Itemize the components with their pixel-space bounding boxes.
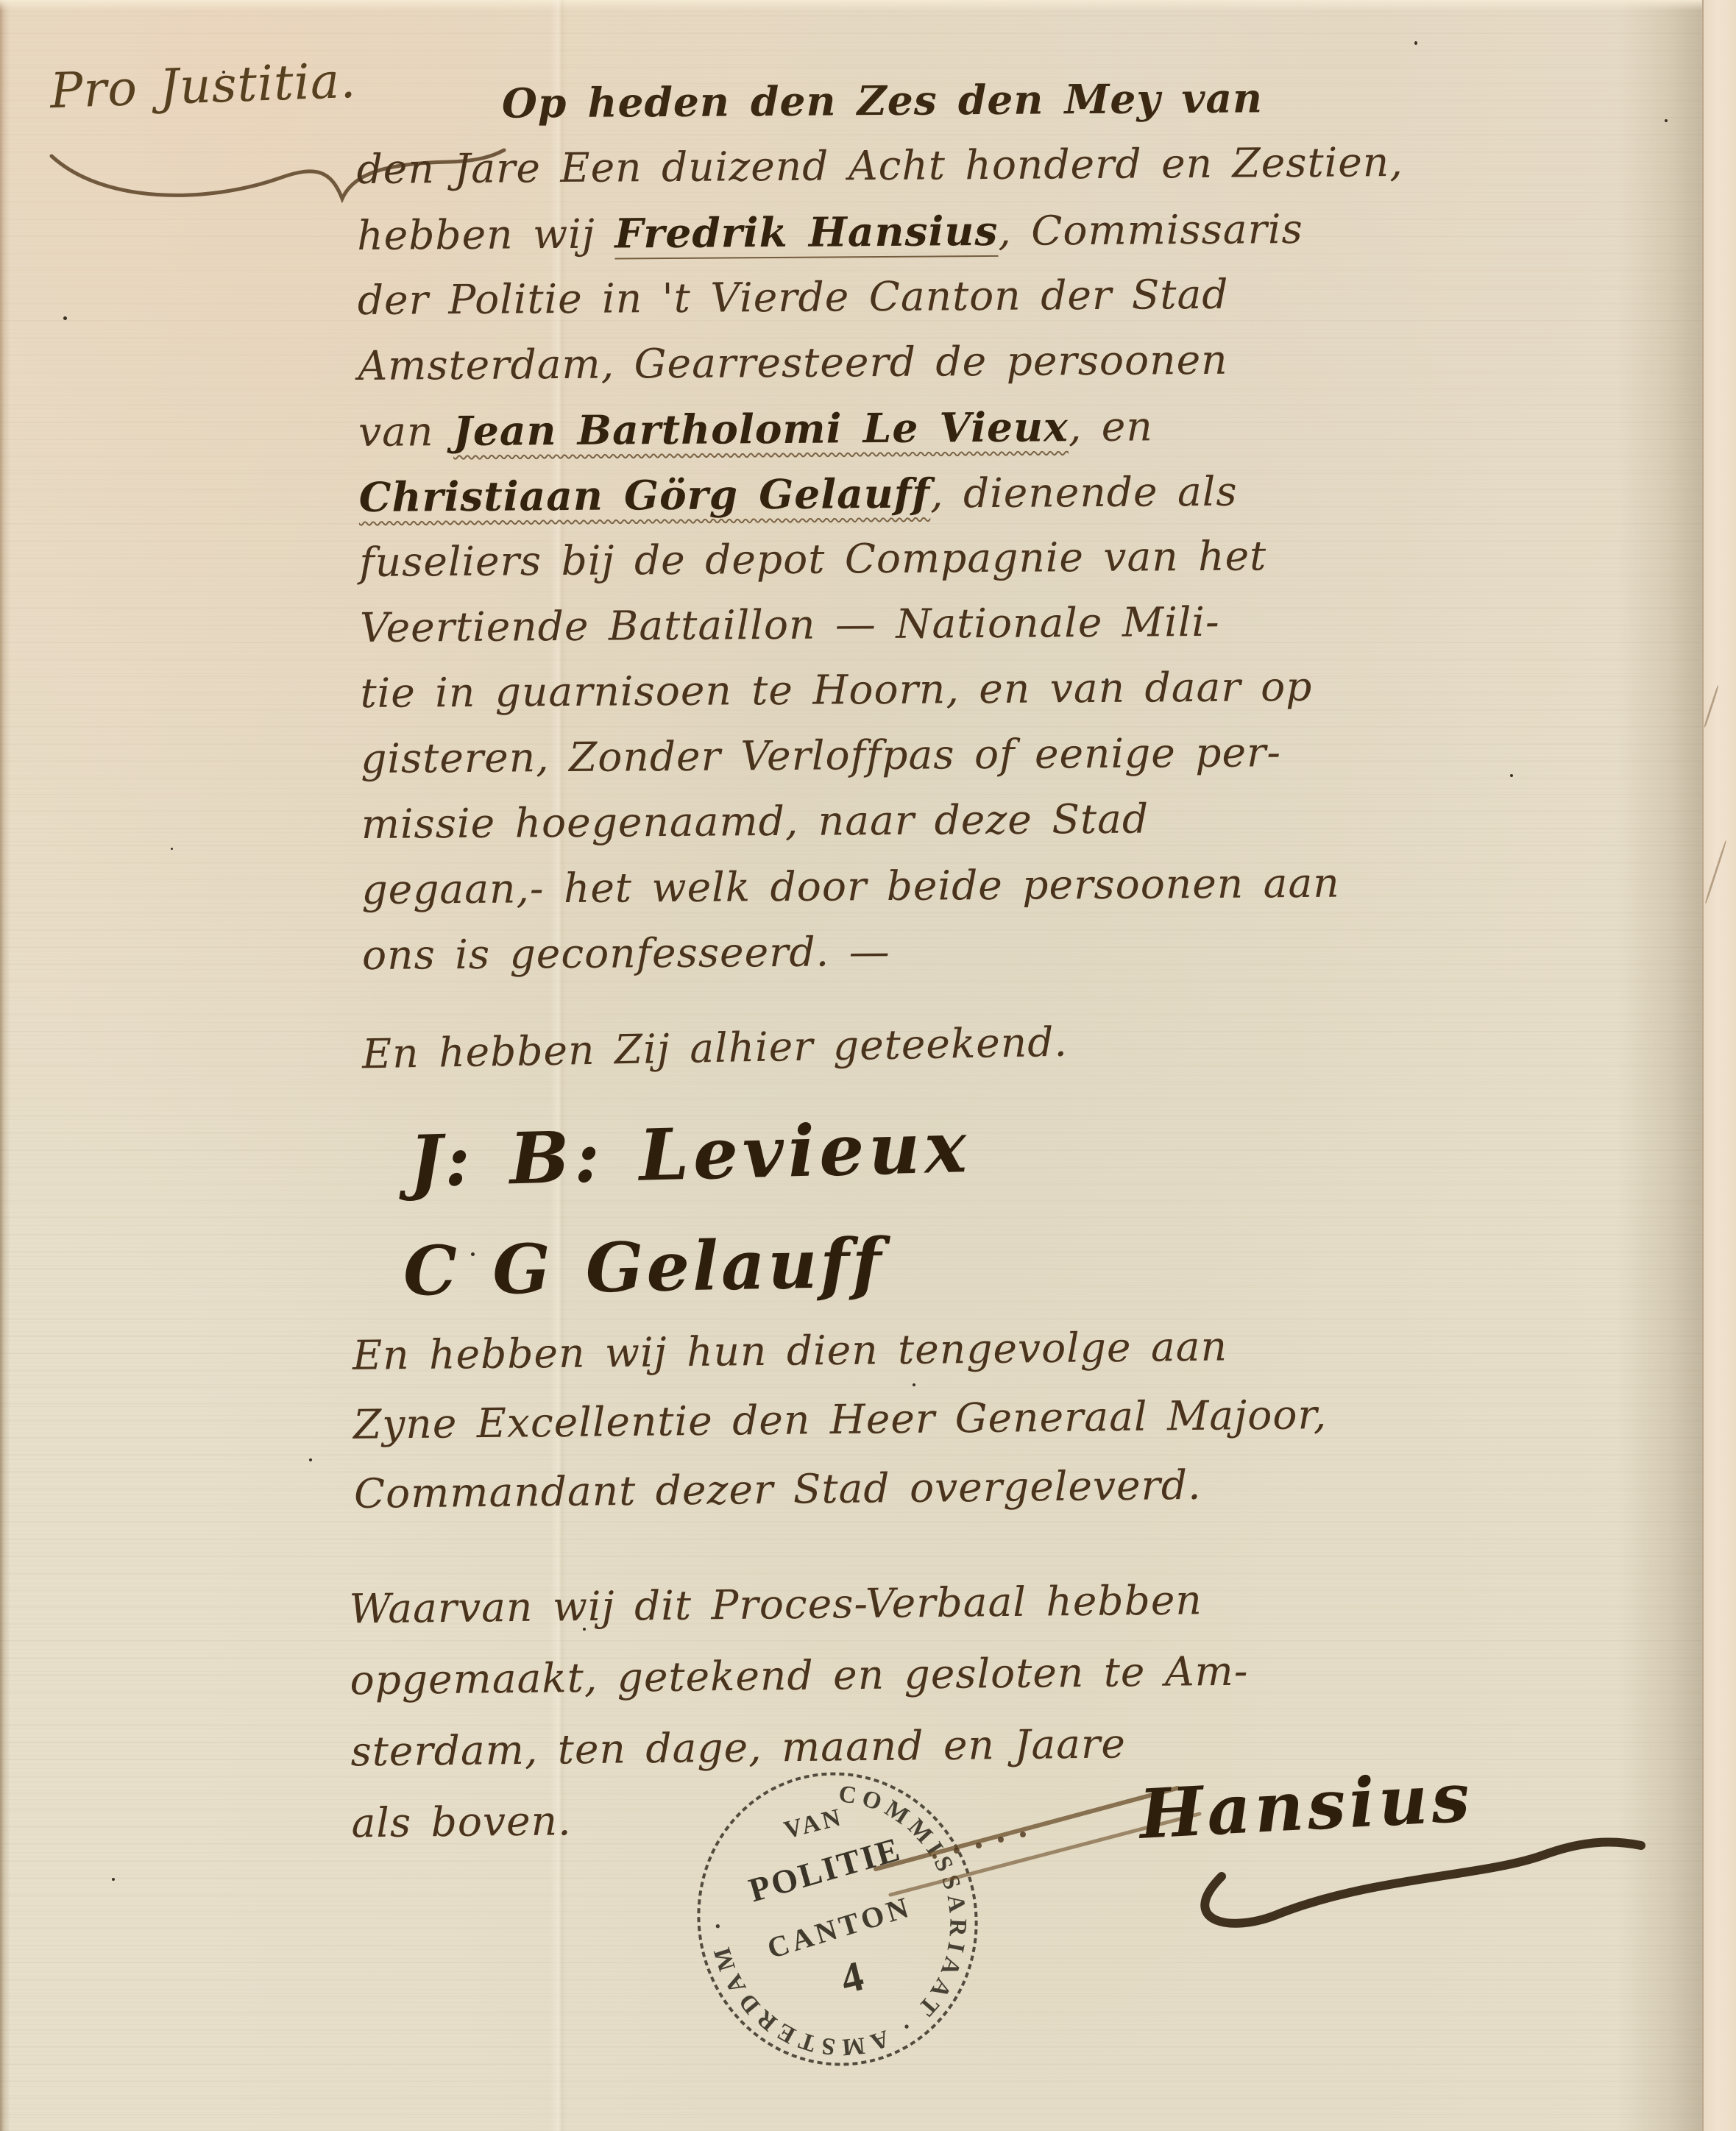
text-line: Waarvan wij dit Proces-Verbaal hebben <box>349 1564 1248 1645</box>
paper-speck <box>1105 678 1108 681</box>
text-line: der Politie in 't Vierde Canton der Stad <box>358 260 1405 333</box>
manuscript-page: Pro Justitia. Op heden den Zes den Mey v… <box>0 0 1736 2131</box>
paper-speck <box>1665 119 1668 122</box>
text-segment: , Commissaris <box>998 205 1303 255</box>
arrested-person-2-name: Christiaan Görg Gelauff <box>358 469 930 521</box>
text-line: missie hoegenaamd, naar deze Stad <box>361 784 1409 857</box>
arrested-person-1-name: Jean Bartholomi Le Vieux <box>453 403 1069 455</box>
paper-speck <box>1414 41 1417 45</box>
text-line: gisteren, Zonder Verloffpas of eenige pe… <box>361 719 1408 792</box>
text-segment: hebben wij <box>357 210 614 259</box>
text-line: gegaan,- het welk door beide persoonen a… <box>361 850 1409 923</box>
paper-speck <box>913 1383 915 1386</box>
next-page-edge <box>1702 0 1736 2131</box>
handover-paragraph: En hebben wij hun dien tengevolge aan Zy… <box>352 1311 1328 1528</box>
text-line: Zyne Excellentie den Heer Generaal Majoo… <box>353 1380 1328 1459</box>
signature-hansius: Hansius <box>1137 1757 1475 1854</box>
attestation-line: En hebben Zij alhier geteekend. <box>362 1018 1069 1078</box>
paper-speck <box>222 71 225 74</box>
signature-gelauff: C G Gelauff <box>403 1223 885 1311</box>
text-line: ons is geconfesseerd. — <box>362 915 1409 988</box>
page-title: Pro Justitia. <box>49 52 358 119</box>
text-segment: van <box>358 408 453 455</box>
text-segment: , en <box>1069 403 1153 450</box>
paper-speck <box>112 1878 115 1881</box>
text-line: opgemaakt, getekend en gesloten te Am- <box>350 1636 1249 1717</box>
text-line: hebben wij Fredrik Hansius, Commissaris <box>357 195 1404 268</box>
text-line: Commandant dezer Stad overgeleverd. <box>354 1449 1328 1528</box>
paper-speck <box>171 848 173 850</box>
signature-paraph <box>1133 1832 1663 1965</box>
paper-speck <box>63 316 67 320</box>
text-segment: , dienende als <box>930 468 1238 517</box>
paper-speck <box>471 1252 475 1256</box>
text-line: Op heden den Zes den Mey van <box>356 64 1403 137</box>
text-line: Christiaan Görg Gelauff, dienende als <box>358 457 1406 530</box>
text-line: Veertiende Battaillon — Nationale Mili- <box>360 588 1407 661</box>
text-line: En hebben wij hun dien tengevolge aan <box>352 1311 1327 1390</box>
text-line: van Jean Bartholomi Le Vieux, en <box>358 391 1406 464</box>
text-line: Amsterdam, Gearresteerd de persoonen <box>358 326 1405 399</box>
main-paragraph: Op heden den Zes den Mey van den Jare Ee… <box>356 64 1409 988</box>
paper-speck <box>309 1458 312 1461</box>
signature-levieux: J: B: Levieux <box>408 1105 972 1203</box>
paper-speck <box>1510 774 1513 777</box>
text-line: den Jare Een duizend Acht honderd en Zes… <box>356 130 1403 202</box>
text-line: fuseliers bij de depot Compagnie van het <box>359 522 1406 595</box>
text-line: tie in guarnisoen te Hoorn, en van daar … <box>360 653 1407 726</box>
arresting-officer-name: Fredrik Hansius <box>614 207 998 258</box>
paper-speck <box>583 1628 586 1631</box>
